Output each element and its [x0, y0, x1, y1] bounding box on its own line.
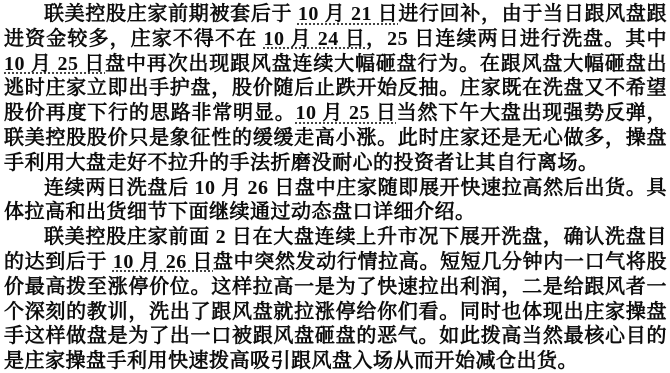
underlined-date: 10 月 25 日 [296, 102, 397, 124]
paragraph-limit-up-analysis: 联美控股庄家前面 2 日在大盘连续上升市况下展开洗盘，确认洗盘目的达到后于 10… [4, 225, 667, 373]
text-run: 联美控股庄家前期被套后于 [44, 3, 298, 25]
text-run: ，25 日连续两日进行洗盘。其中 [366, 28, 667, 50]
paragraph-washout-recap: 联美控股庄家前期被套后于 10 月 21 日进行回补，由于当日跟风盘跟进资金较多… [4, 2, 667, 176]
paragraph-pullup-intro: 连续两日洗盘后 10 月 26 日盘中庄家随即展开快速拉高然后出货。具体拉高和出… [4, 176, 667, 226]
underlined-date: 10 月 26 日 [113, 251, 213, 273]
underlined-date: 10 月 24 日 [263, 28, 366, 50]
underlined-date: 10 月 25 日 [4, 53, 105, 75]
document-text-block: 联美控股庄家前期被套后于 10 月 21 日进行回补，由于当日跟风盘跟进资金较多… [0, 0, 670, 373]
underlined-date: 10 月 21 日 [298, 3, 398, 25]
text-run: 连续两日洗盘后 10 月 26 日盘中庄家随即展开快速拉高然后出货。具体拉高和出… [4, 177, 667, 224]
